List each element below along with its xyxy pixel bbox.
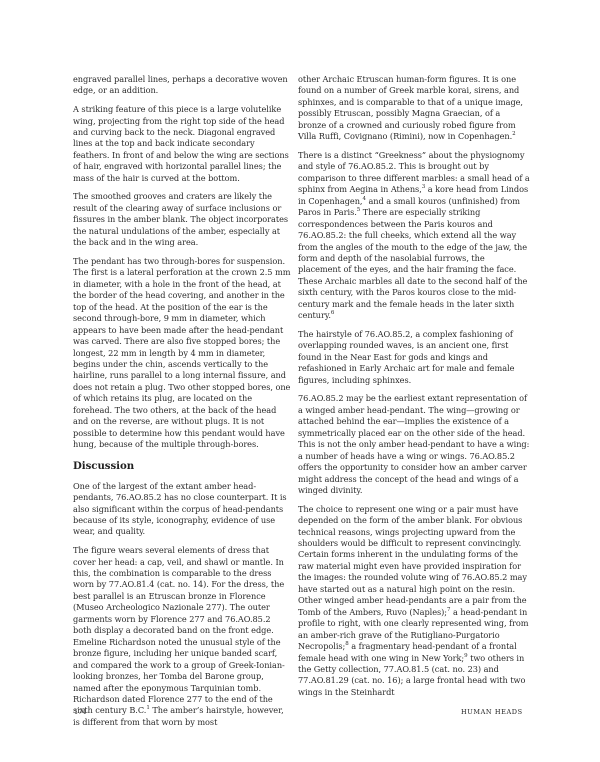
paragraph: The pendant has two through-bores for su… (73, 256, 291, 451)
running-head: HUMAN HEADS (461, 708, 523, 716)
paragraph: 76.AO.85.2 may be the earliest extant re… (298, 393, 530, 496)
page-number: 174 (74, 708, 86, 716)
text-run: The figure wears several elements of dre… (73, 545, 285, 715)
paragraph: The smoothed grooves and craters are lik… (73, 191, 291, 248)
paragraph: engraved parallel lines, perhaps a decor… (73, 74, 291, 97)
right-column: other Archaic Etruscan human-form figure… (298, 74, 530, 706)
text-run: There are especially striking correspond… (298, 207, 527, 320)
text-run: The choice to represent one wing or a pa… (298, 504, 527, 617)
paragraph: There is a distinct “Greekness” about th… (298, 150, 530, 322)
left-column: engraved parallel lines, perhaps a decor… (73, 74, 291, 736)
text-run: other Archaic Etruscan human-form figure… (298, 74, 523, 141)
book-page: engraved parallel lines, perhaps a decor… (0, 0, 600, 762)
section-heading-discussion: Discussion (73, 460, 291, 472)
paragraph: One of the largest of the extant amber h… (73, 481, 291, 538)
paragraph: The hairstyle of 76.AO.85.2, a complex f… (298, 329, 530, 386)
footnote-ref[interactable]: 6 (331, 310, 334, 316)
paragraph: A striking feature of this piece is a la… (73, 104, 291, 184)
footnote-ref[interactable]: 2 (512, 131, 515, 137)
paragraph: The choice to represent one wing or a pa… (298, 504, 530, 699)
paragraph: The figure wears several elements of dre… (73, 545, 291, 728)
paragraph: other Archaic Etruscan human-form figure… (298, 74, 530, 143)
